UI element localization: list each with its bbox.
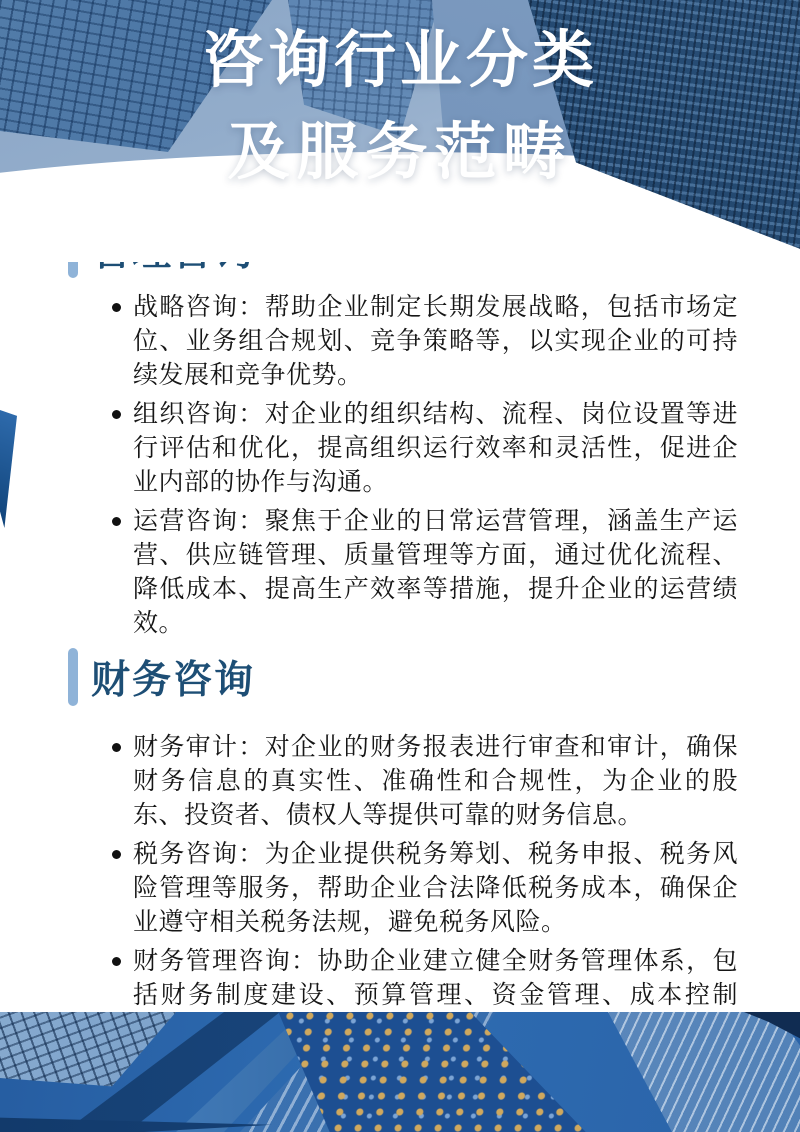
bullet-dot-icon <box>112 957 121 966</box>
footer-photo <box>0 1012 800 1132</box>
list-item: 运营咨询：聚焦于企业的日常运营管理，涵盖生产运营、供应链管理、质量管理等方面，通… <box>112 504 738 640</box>
financial-consulting-list: 财务审计：对企业的财务报表进行审查和审计，确保财务信息的真实性、准确性和合规性，… <box>112 730 738 1012</box>
poster: 咨询行业分类 及服务范畴 管理咨询 战略咨询：帮助企业制定长期发展战略，包括市场… <box>0 0 800 1132</box>
left-edge-decoration <box>0 410 17 528</box>
poster-title-line1: 咨询行业分类 <box>0 30 800 92</box>
section-financial-consulting-header: 财务咨询 <box>0 648 800 706</box>
list-item: 税务咨询：为企业提供税务筹划、税务申报、税务风险管理等服务，帮助企业合法降低税务… <box>112 837 738 939</box>
list-item-text: 组织咨询：对企业的组织结构、流程、岗位设置等进行评估和优化，提高组织运行效率和灵… <box>133 397 738 499</box>
bullet-dot-icon <box>112 303 121 312</box>
management-consulting-list: 战略咨询：帮助企业制定长期发展战略，包括市场定位、业务组合规划、竞争策略等，以实… <box>112 290 738 640</box>
list-item-text: 财务管理咨询：协助企业建立健全财务管理体系，包括财务制度建设、预算管理、资金管理… <box>133 944 738 1012</box>
bullet-dot-icon <box>112 743 121 752</box>
bullet-dot-icon <box>112 517 121 526</box>
section-title: 财务咨询 <box>91 649 255 705</box>
hero-photo: 咨询行业分类 及服务范畴 <box>0 0 800 262</box>
poster-title-line2: 及服务范畴 <box>0 122 800 184</box>
list-item-text: 运营咨询：聚焦于企业的日常运营管理，涵盖生产运营、供应链管理、质量管理等方面，通… <box>133 504 738 640</box>
bullet-dot-icon <box>112 410 121 419</box>
list-item-text: 财务审计：对企业的财务报表进行审查和审计，确保财务信息的真实性、准确性和合规性，… <box>133 730 738 832</box>
list-item: 战略咨询：帮助企业制定长期发展战略，包括市场定位、业务组合规划、竞争策略等，以实… <box>112 290 738 392</box>
content-area: 管理咨询 战略咨询：帮助企业制定长期发展战略，包括市场定位、业务组合规划、竞争策… <box>0 200 800 1012</box>
list-item-text: 税务咨询：为企业提供税务筹划、税务申报、税务风险管理等服务，帮助企业合法降低税务… <box>133 837 738 939</box>
list-item: 组织咨询：对企业的组织结构、流程、岗位设置等进行评估和优化，提高组织运行效率和灵… <box>112 397 738 499</box>
list-item-text: 战略咨询：帮助企业制定长期发展战略，包括市场定位、业务组合规划、竞争策略等，以实… <box>133 290 738 392</box>
list-item: 财务审计：对企业的财务报表进行审查和审计，确保财务信息的真实性、准确性和合规性，… <box>112 730 738 832</box>
accent-bar <box>68 648 78 706</box>
bullet-dot-icon <box>112 850 121 859</box>
list-item: 财务管理咨询：协助企业建立健全财务管理体系，包括财务制度建设、预算管理、资金管理… <box>112 944 738 1012</box>
